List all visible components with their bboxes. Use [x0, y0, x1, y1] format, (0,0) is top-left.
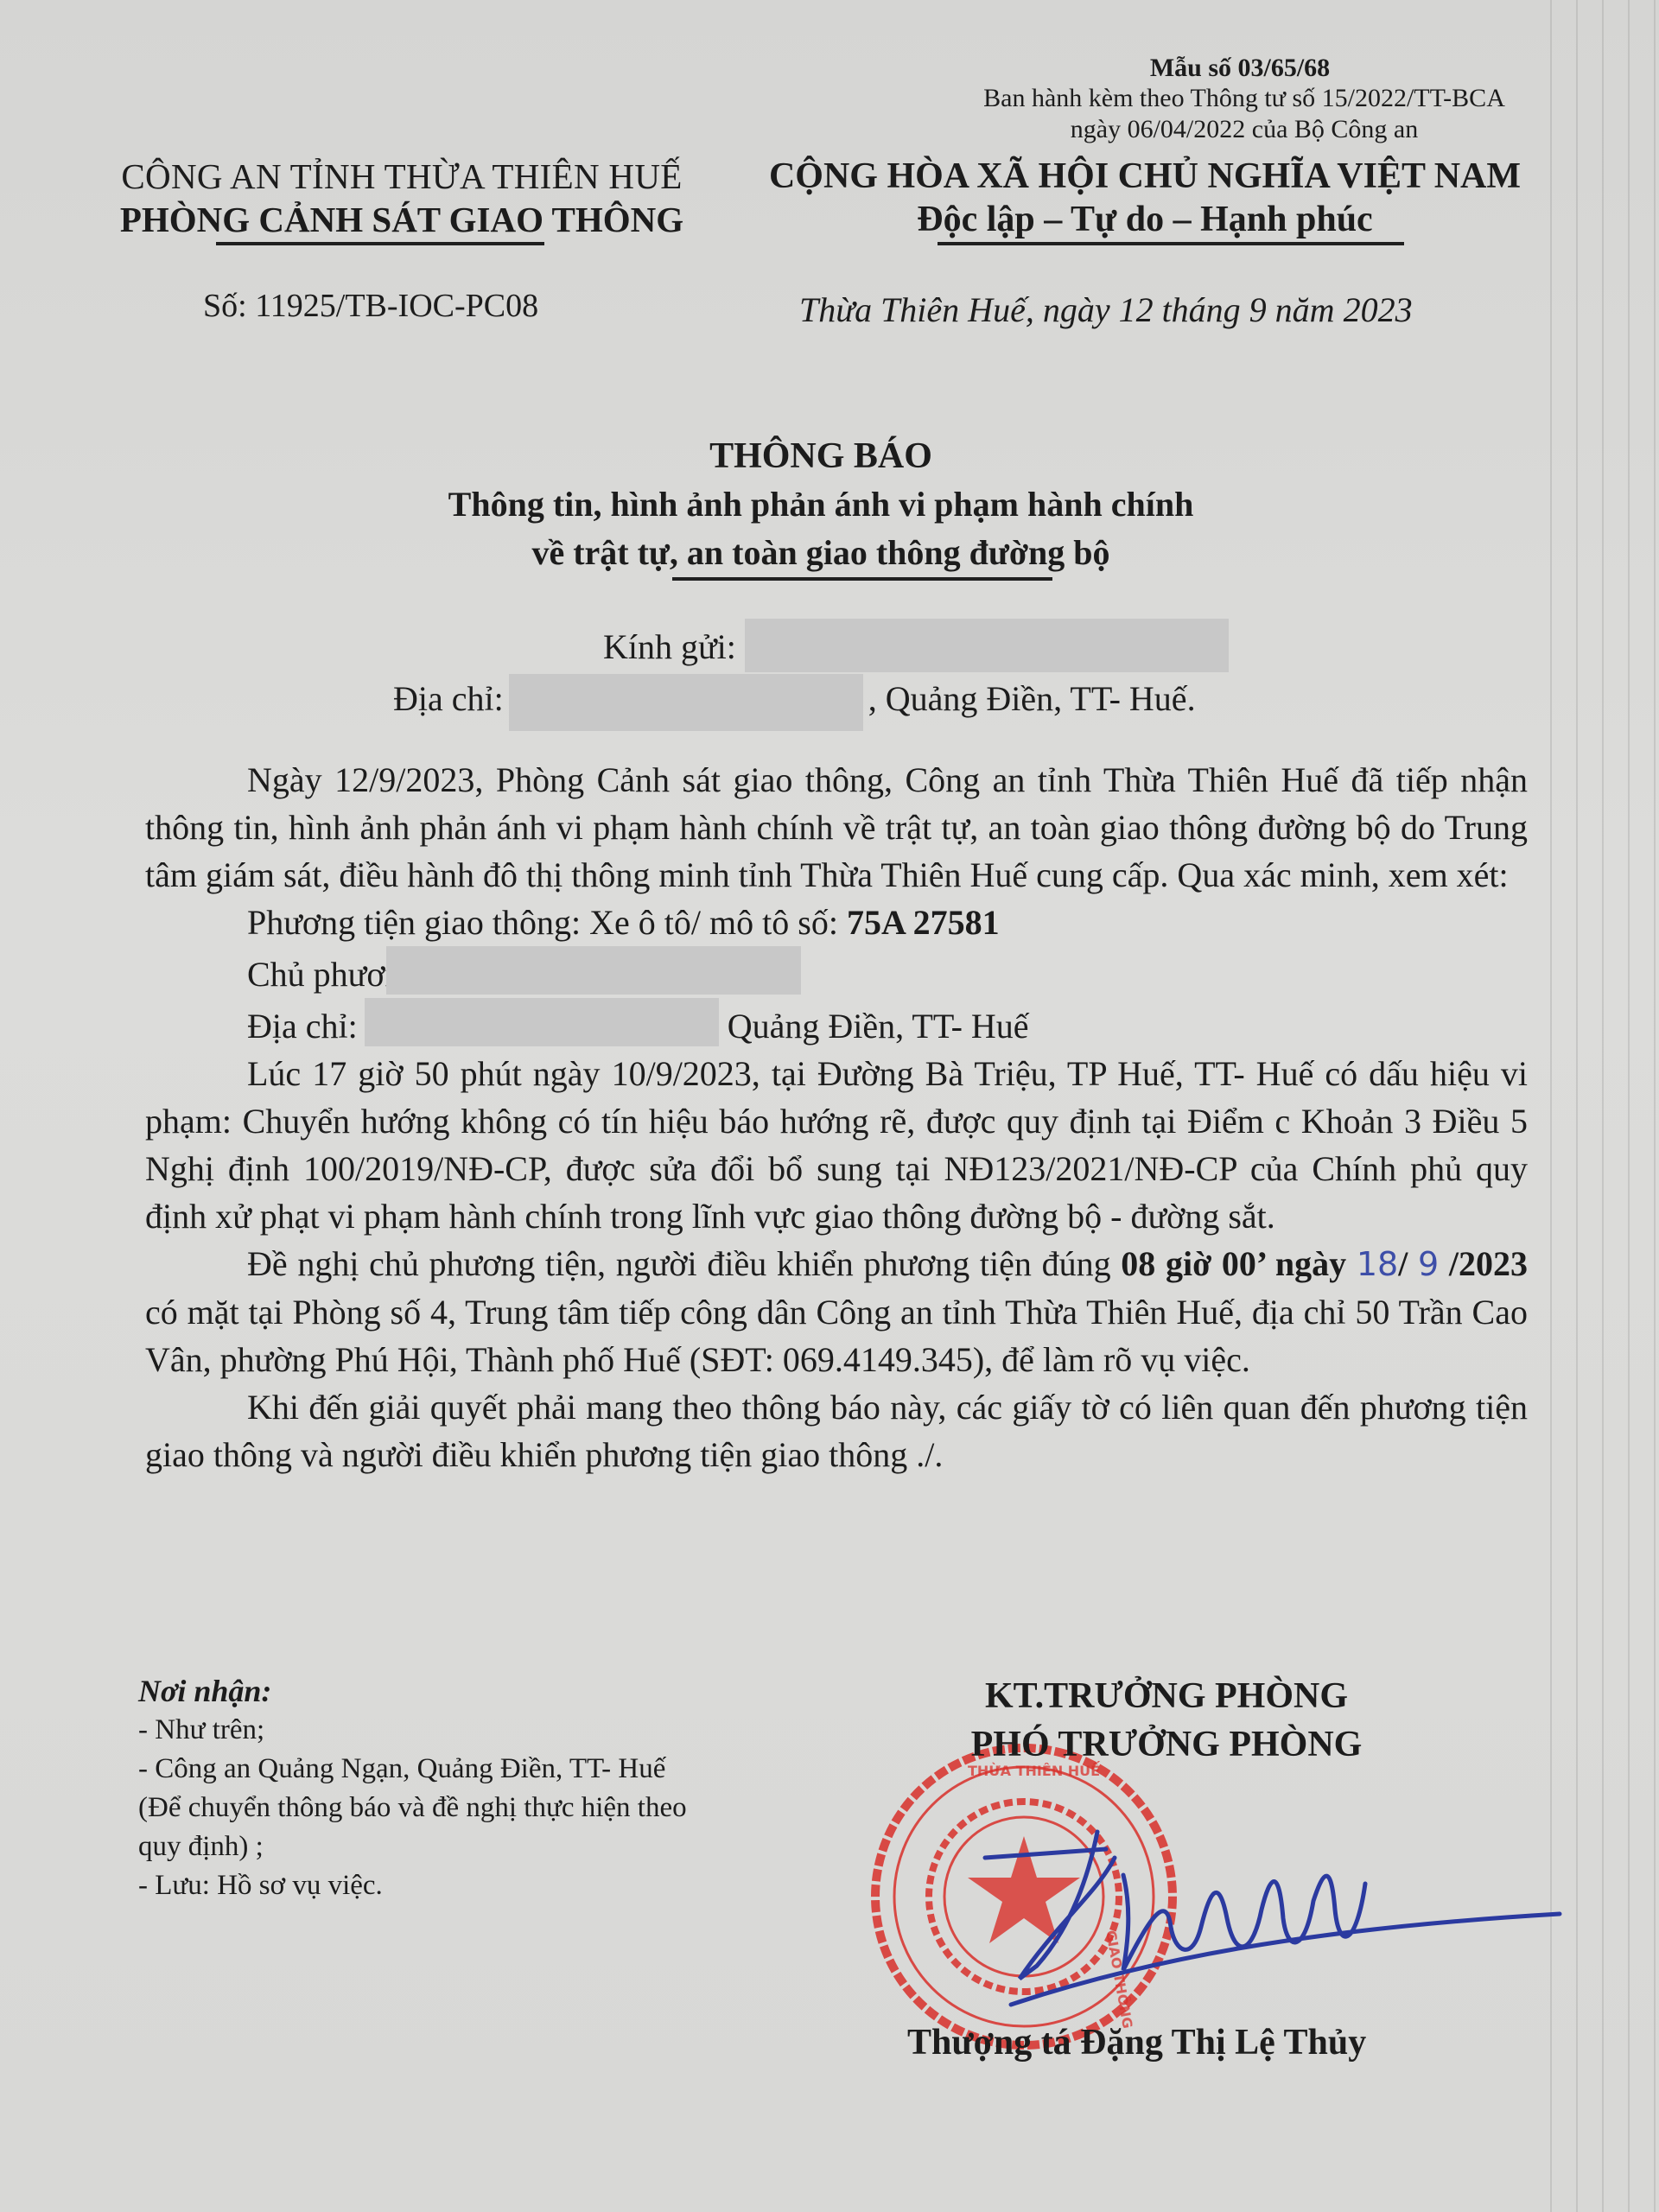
form-code-block: Mẫu số 03/65/68 Ban hành kèm theo Thông …: [942, 54, 1547, 145]
owner-line: Chủ phương tiện:: [145, 946, 1528, 998]
recipient-item: - Lưu: Hồ sơ vụ việc.: [138, 1866, 687, 1905]
recipient-item: - Như trên;: [138, 1711, 687, 1750]
request-post: có mặt tại Phòng số 4, Trung tâm tiếp cô…: [145, 1293, 1528, 1379]
intro-paragraph: Ngày 12/9/2023, Phòng Cảnh sát giao thôn…: [145, 756, 1528, 899]
document-title: THÔNG BÁO Thông tin, hình ảnh phản ánh v…: [346, 432, 1296, 581]
recipients-list: Nơi nhận: - Như trên; - Công an Quảng Ng…: [138, 1672, 687, 1905]
date-separator: /: [1398, 1244, 1418, 1283]
document-number: Số: 11925/TB-IOC-PC08: [203, 287, 538, 325]
appointment-year: /2023: [1439, 1244, 1528, 1283]
violation-paragraph: Lúc 17 giờ 50 phút ngày 10/9/2023, tại Đ…: [145, 1050, 1528, 1240]
form-number: Mẫu số 03/65/68: [933, 54, 1547, 83]
closing-paragraph: Khi đến giải quyết phải mang theo thông …: [145, 1383, 1528, 1478]
recipient-item: - Công an Quảng Ngạn, Quảng Điền, TT- Hu…: [138, 1750, 687, 1789]
national-motto: Độc lập – Tự do – Hạnh phúc: [739, 199, 1551, 240]
vehicle-label: Phương tiện giao thông: Xe ô tô/ mô tô s…: [247, 903, 847, 942]
signer-block: KT.TRƯỞNG PHÒNG PHÓ TRƯỞNG PHÒNG: [873, 1672, 1460, 1769]
handwritten-day: 18: [1357, 1245, 1398, 1283]
recipients-heading: Nơi nhận:: [138, 1672, 687, 1711]
agency-header: CÔNG AN TỈNH THỪA THIÊN HUẾ PHÒNG CẢNH S…: [95, 156, 709, 245]
form-issued-with: Ban hành kèm theo Thông tư số 15/2022/TT…: [942, 83, 1547, 114]
recipient-address-suffix: , Quảng Điền, TT- Huế.: [868, 679, 1196, 718]
recipient-item: quy định) ;: [138, 1827, 687, 1866]
signer-position-2: PHÓ TRƯỞNG PHÒNG: [873, 1720, 1460, 1769]
owner-address-label: Địa chỉ:: [247, 1007, 358, 1046]
redacted-recipient-address: [509, 674, 863, 731]
place-date: Thừa Thiên Huế, ngày 12 tháng 9 năm 2023: [799, 289, 1413, 330]
country-name: CỘNG HÒA XÃ HỘI CHỦ NGHĨA VIỆT NAM: [739, 156, 1551, 197]
recipient-item: (Để chuyển thông báo và đề nghị thực hiệ…: [138, 1789, 687, 1827]
request-pre: Đề nghị chủ phương tiện, người điều khiể…: [247, 1244, 1121, 1283]
appointment-time: 08 giờ 00’ ngày: [1121, 1244, 1357, 1283]
signature-icon: [950, 1823, 1573, 2013]
signer-name: Thượng tá Đặng Thị Lệ Thủy: [907, 2022, 1366, 2063]
national-header: CỘNG HÒA XÃ HỘI CHỦ NGHĨA VIỆT NAM Độc l…: [739, 156, 1551, 245]
recipient-address-label: Địa chỉ:: [393, 679, 504, 718]
redacted-recipient-name: [745, 619, 1229, 672]
recipient-line: Kính gửi:: [603, 624, 1229, 677]
owner-address-suffix: Quảng Điền, TT- Huế: [719, 1007, 1029, 1046]
title-main: THÔNG BÁO: [346, 432, 1296, 480]
request-paragraph: Đề nghị chủ phương tiện, người điều khiể…: [145, 1240, 1528, 1383]
document-body: Ngày 12/9/2023, Phòng Cảnh sát giao thôn…: [145, 756, 1528, 1478]
motto-underline: [938, 242, 1404, 245]
recipient-label: Kính gửi:: [603, 627, 736, 666]
department-name: PHÒNG CẢNH SÁT GIAO THÔNG: [95, 199, 709, 240]
title-line-2: về trật tự, an toàn giao thông đường bộ: [346, 529, 1296, 577]
vehicle-line: Phương tiện giao thông: Xe ô tô/ mô tô s…: [145, 899, 1528, 946]
owner-address-line: Địa chỉ: Quảng Điền, TT- Huế: [145, 998, 1528, 1050]
redacted-owner-address: [365, 998, 719, 1046]
vehicle-plate: 75A 27581: [847, 903, 1000, 942]
redacted-owner-name: [386, 946, 801, 995]
signer-position-1: KT.TRƯỞNG PHÒNG: [873, 1672, 1460, 1720]
agency-underline: [216, 242, 544, 245]
parent-agency: CÔNG AN TỈNH THỪA THIÊN HUẾ: [95, 156, 709, 197]
handwritten-month: 9: [1418, 1245, 1439, 1283]
form-issued-date: ngày 06/04/2022 của Bộ Công an: [942, 114, 1547, 145]
title-line-1: Thông tin, hình ảnh phản ánh vi phạm hàn…: [346, 480, 1296, 529]
title-underline: [672, 577, 1052, 581]
recipient-address-line: Địa chỉ:, Quảng Điền, TT- Huế.: [393, 674, 1196, 731]
